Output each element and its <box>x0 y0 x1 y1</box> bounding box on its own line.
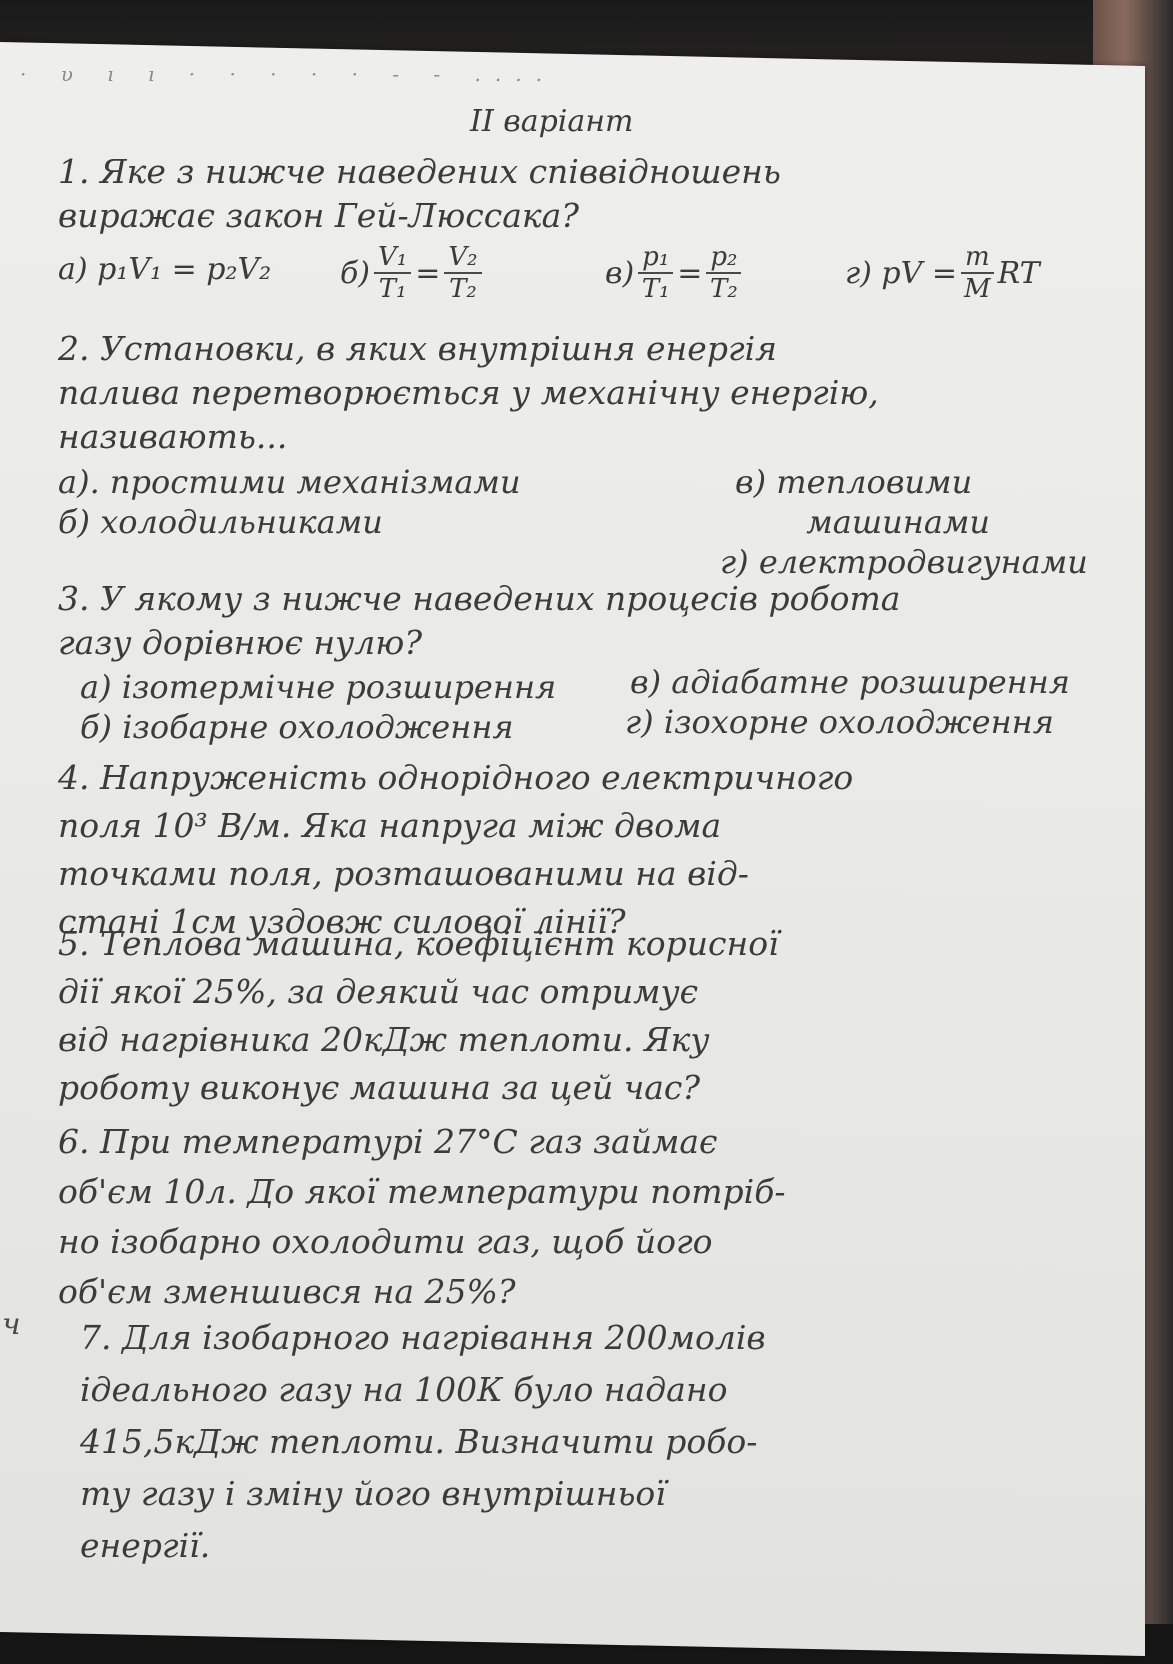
question-2: 2. Установки, в яких внутрішня енергія п… <box>58 327 1098 459</box>
margin-mark: ч <box>2 1307 21 1342</box>
question-5: 5. Теплова машина, коефіцієнт корисної д… <box>58 920 1098 1112</box>
fraction: V₂ T₂ <box>444 242 481 304</box>
faint-header-text: · υ ı ı · · · · · - - .... <box>20 62 556 86</box>
q2-option-b: б) холодильниками <box>58 502 383 542</box>
q2-option-c: в) тепловими машинами <box>735 462 990 542</box>
fraction: p₁ T₁ <box>638 242 673 304</box>
question-1: 1. Яке з нижче наведених співвідношень в… <box>58 150 1098 238</box>
question-4: 4. Напруженість однорідного електричного… <box>58 754 1098 946</box>
option-label: б) <box>340 256 370 291</box>
option-label: в) <box>605 256 634 291</box>
fraction: V₁ T₁ <box>374 242 411 304</box>
question-7: 7. Для ізобарного нагрівання 200молів ід… <box>80 1312 1120 1572</box>
handwritten-test-sheet: · υ ı ı · · · · · - - .... II варіант 1.… <box>0 42 1145 1632</box>
question-3: 3. У якому з нижче наведених процесів ро… <box>58 577 1098 665</box>
q3-option-b: б) ізобарне охолодження <box>80 707 514 747</box>
question-6: 6. При температурі 27°С газ займає об'єм… <box>58 1117 1098 1317</box>
q1-option-d: г) pV = m M RT <box>845 242 1040 304</box>
page-title: II варіант <box>470 104 633 139</box>
fraction: p₂ T₂ <box>706 242 741 304</box>
q3-option-c: в) адіабатне розширення <box>630 662 1070 702</box>
option-label: г) <box>845 256 872 291</box>
q1-option-a: а) p₁V₁ = p₂V₂ <box>58 252 271 287</box>
option-label: а) <box>58 252 88 287</box>
q1-option-c: в) p₁ T₁ = p₂ T₂ <box>605 242 745 304</box>
q3-option-d: г) ізохорне охолодження <box>625 702 1054 742</box>
q2-option-a: а). простими механізмами <box>58 462 521 502</box>
fraction: m M <box>961 242 994 304</box>
q3-option-a: а) ізотермічне розширення <box>80 667 556 707</box>
q1-option-b: б) V₁ T₁ = V₂ T₂ <box>340 242 486 304</box>
q2-option-d: г) електродвигунами <box>720 542 1088 582</box>
formula: p₁V₁ = p₂V₂ <box>97 252 271 287</box>
